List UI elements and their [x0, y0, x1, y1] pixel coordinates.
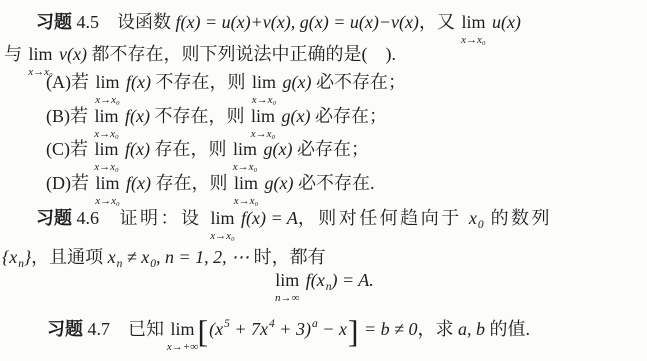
- math-text: {x: [2, 247, 17, 267]
- text-run: 必存在；: [293, 139, 370, 159]
- limit-operator: limx→x₀: [461, 10, 485, 34]
- text-run: 设函数: [99, 12, 176, 32]
- text-run: (B): [46, 106, 70, 126]
- ex45-intro-line1: 习题 4.5 设函数 f(x) = u(x)+v(x), g(x) = u(x)…: [36, 10, 521, 34]
- math-text: f(x): [121, 106, 150, 126]
- math-text: = b ≠ 0: [359, 319, 417, 339]
- ex46-display-formula: limn→∞ f(xn) = A.: [0, 268, 647, 299]
- math-text: f(x): [122, 72, 151, 92]
- math-text: f(x): [121, 139, 150, 159]
- limit-operator: limx→x₀: [234, 171, 258, 195]
- math-text: x: [108, 247, 116, 267]
- text-run: (A): [46, 72, 71, 92]
- text-run: (C): [46, 139, 70, 159]
- math-text: g(x): [277, 106, 310, 126]
- page: 习题 4.5 设函数 f(x) = u(x)+v(x), g(x) = u(x)…: [0, 0, 647, 361]
- limit-operator: limx→x₀: [211, 206, 235, 230]
- text-run: 与: [4, 44, 27, 64]
- limit-operator: limx→x₀: [252, 70, 276, 94]
- text-run: 时，都有: [249, 247, 326, 267]
- big-bracket: [: [198, 319, 209, 343]
- math-text: + 7x: [230, 319, 268, 339]
- math-text: x: [469, 208, 477, 228]
- limit-subscript: n→∞: [275, 286, 299, 310]
- math-text: g(x): [260, 173, 293, 193]
- text-run: 若: [70, 106, 93, 126]
- limit-operator: limx→x₀: [233, 137, 257, 161]
- text-run: ，又: [419, 12, 460, 32]
- math-text: f(x) = u(x)+v(x), g(x) = u(x)−v(x): [176, 12, 419, 32]
- ex45-option-d: (D)若 limx→x₀ f(x) 存在，则 limx→x₀ g(x) 必不存在…: [46, 171, 375, 195]
- text-run: 已知: [110, 319, 169, 339]
- text-run: 的值.: [485, 319, 530, 339]
- text-run: 必不存在；: [312, 72, 407, 92]
- limit-subscript: x→x₀: [461, 28, 486, 52]
- text-run: (D): [46, 173, 71, 193]
- text-run: 不存在，则: [150, 106, 249, 126]
- text-run: ，求: [418, 319, 459, 339]
- text-run: ，则对任何趋向于: [298, 208, 469, 228]
- exercise-label: 习题: [36, 208, 72, 228]
- text-run: 存在，则: [151, 173, 232, 193]
- ex45-intro-line2: 与 limx→x₀ v(x) 都不存在，则下列说法中正确的是( ).: [4, 42, 396, 66]
- text-run: ，且通项: [31, 247, 108, 267]
- text-run: 4.6: [72, 208, 99, 228]
- ex45-option-a: (A)若 limx→x₀ f(x) 不存在，则 limx→x₀ g(x) 必不存…: [46, 70, 406, 94]
- limit-operator: limx→x₀: [96, 171, 120, 195]
- text-run: 若: [70, 139, 93, 159]
- math-text: f(x: [301, 270, 324, 290]
- exercise-label: 习题: [47, 319, 83, 339]
- text-run: 的数列: [484, 208, 553, 228]
- math-text: v(x): [55, 44, 87, 64]
- text-run: 4.5: [72, 12, 99, 32]
- math-text: ≠ x: [122, 247, 149, 267]
- text-run: 若: [71, 173, 94, 193]
- ex45-option-b: (B)若 limx→x₀ f(x) 不存在，则 limx→x₀ g(x) 必存在…: [46, 104, 387, 128]
- text-run: 存在，则: [150, 139, 231, 159]
- math-text: + 3): [275, 319, 311, 339]
- math-text: f(x): [122, 173, 151, 193]
- text-run: 都不存在，则下列说法中正确的是( ).: [87, 44, 396, 64]
- math-text: u(x): [487, 12, 520, 32]
- text-run: 4.7: [83, 319, 110, 339]
- limit-operator: limx→+∞: [171, 317, 195, 341]
- exercise-label: 习题: [36, 12, 72, 32]
- limit-operator: limn→∞: [275, 268, 299, 292]
- math-text: g(x): [259, 139, 292, 159]
- limit-operator: limx→x₀: [29, 42, 53, 66]
- text-run: 必存在；: [311, 106, 388, 126]
- limit-operator: limx→x₀: [95, 104, 119, 128]
- text-run: 不存在，则: [151, 72, 250, 92]
- math-text: − x: [318, 319, 347, 339]
- ex47-statement: 习题 4.7 已知 limx→+∞[(x5 + 7x4 + 3)a − x] =…: [47, 312, 530, 343]
- limit-operator: limx→x₀: [95, 137, 119, 161]
- math-text: ) = A.: [331, 270, 373, 290]
- text-run: 若: [71, 72, 94, 92]
- limit-operator: limx→x₀: [96, 70, 120, 94]
- math-text: (x: [209, 319, 223, 339]
- math-text: f(x) = A: [237, 208, 298, 228]
- ex46-statement-line1: 习题 4.6 证明：设 limx→x₀ f(x) = A，则对任何趋向于 x0 …: [36, 206, 552, 237]
- ex45-option-c: (C)若 limx→x₀ f(x) 存在，则 limx→x₀ g(x) 必存在；: [46, 137, 369, 161]
- math-text: , n = 1, 2, ⋯: [156, 247, 249, 267]
- math-text: a, b: [458, 319, 485, 339]
- text-run: 必不存在.: [294, 173, 375, 193]
- limit-operator: limx→x₀: [251, 104, 275, 128]
- big-bracket: ]: [348, 319, 359, 343]
- limit-subscript: x→+∞: [167, 335, 198, 359]
- math-text: g(x): [278, 72, 311, 92]
- text-run: 证明：设: [99, 208, 209, 228]
